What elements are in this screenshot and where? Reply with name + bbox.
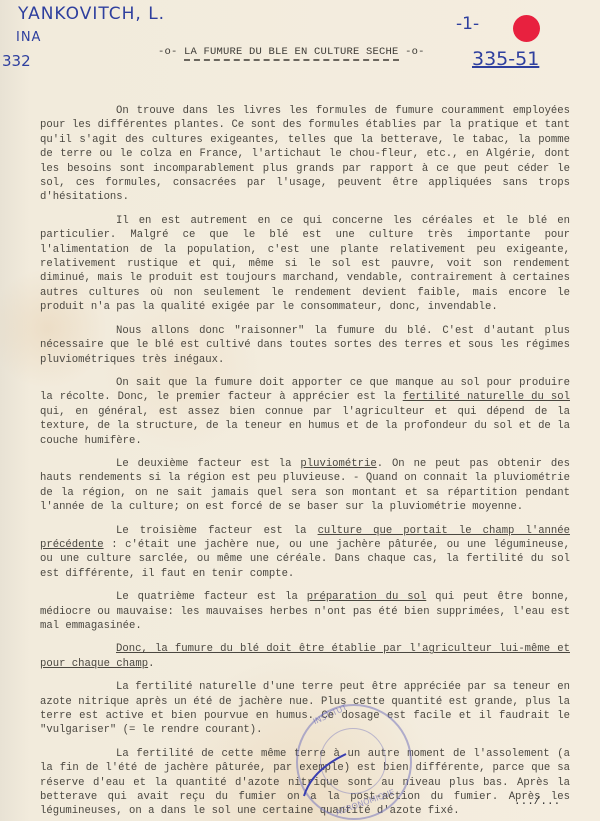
underlined-text: pluviométrie [300,458,376,470]
handwritten-reference-number: 335-51 [472,48,539,70]
handwritten-left-number: 332 [2,52,31,70]
text: Le troisième facteur est la [116,525,318,537]
underlined-text: Donc, la fumure du blé doit être établie… [40,643,570,669]
text: Le deuxième facteur est la [116,458,300,470]
red-dot-sticker [513,15,540,42]
handwritten-author: YANKOVITCH, L. [18,4,165,24]
paragraph-5: Le deuxième facteur est la pluviométrie.… [40,457,570,515]
continuation-mark: .../... [514,796,560,808]
document-title: -o- LA FUMURE DU BLE EN CULTURE SECHE -o… [158,46,425,58]
underlined-text: préparation du sol [307,591,427,603]
handwritten-institution: INA [16,30,41,45]
underlined-text: fertilité naturelle du sol [403,391,570,403]
pen-stroke-mark [300,750,360,800]
document-title-text: LA FUMURE DU BLE EN CULTURE SECHE [184,46,399,61]
text: qui, en général, est assez bien connue p… [40,406,570,447]
paragraph-8: Donc, la fumure du blé doit être établie… [40,642,570,671]
paragraph-3: Nous allons donc "raisonner" la fumure d… [40,324,570,367]
handwritten-page-number: -1- [456,14,479,34]
text: . [148,658,154,670]
paragraph-6: Le troisième facteur est la culture que … [40,524,570,582]
paragraph-7: Le quatrième facteur est la préparation … [40,590,570,633]
paragraph-1: On trouve dans les livres les formules d… [40,104,570,205]
document-body: On trouve dans les livres les formules d… [40,104,570,821]
paragraph-4: On sait que la fumure doit apporter ce q… [40,376,570,448]
text: : c'était une jachère nue, ou une jachèr… [40,539,570,580]
paragraph-2: Il en est autrement en ce qui concerne l… [40,214,570,315]
text: Le quatrième facteur est la [116,591,307,603]
